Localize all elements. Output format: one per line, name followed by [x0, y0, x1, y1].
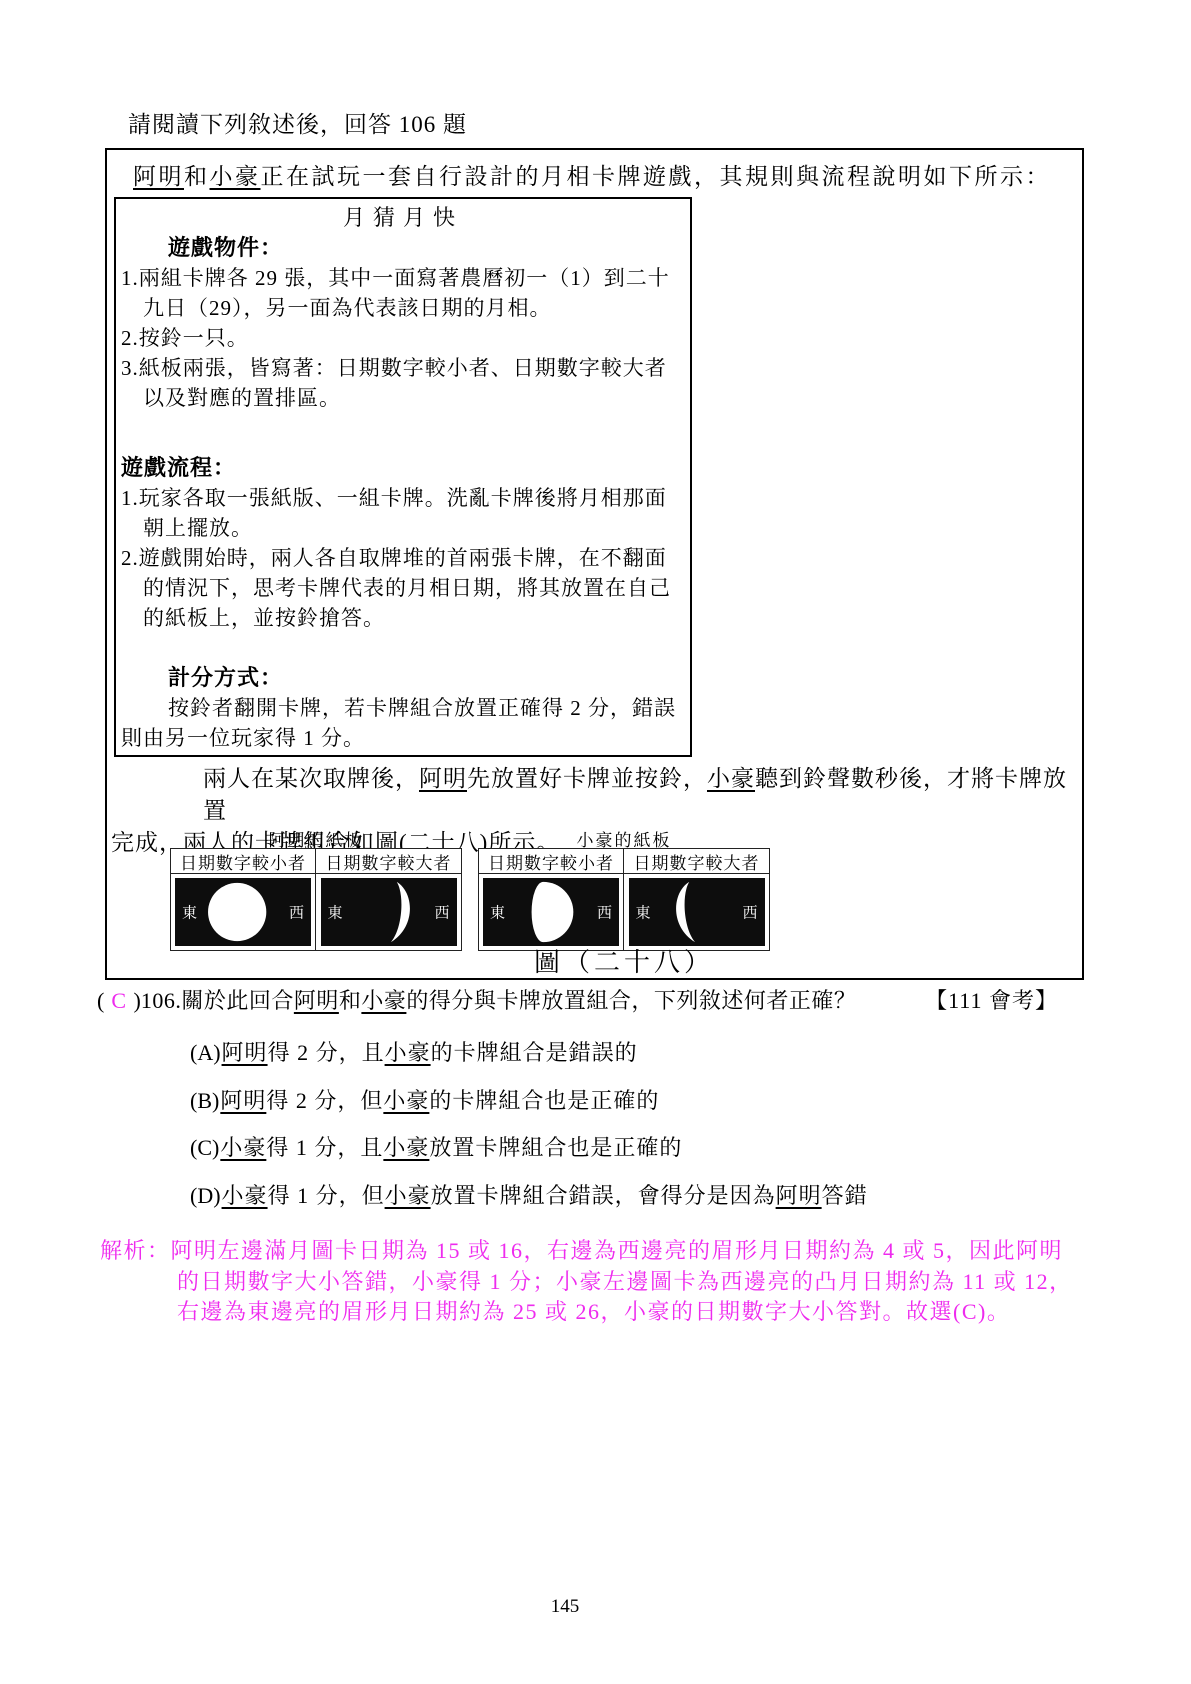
board-label: 小豪的紙板	[478, 826, 770, 848]
west-label: 西	[597, 902, 612, 923]
underlined-name: 小豪	[385, 1040, 431, 1065]
moon-card: 東西	[483, 878, 619, 946]
rules-text-line: 以及對應的置排區。	[116, 383, 690, 413]
card-body-cell: 東西	[624, 874, 769, 950]
text-segment: 兩人在某次取牌後，	[203, 766, 419, 791]
rules-text-line: 的情況下，思考卡牌代表的月相日期，將其放置在自己	[116, 573, 690, 603]
east-label: 東	[182, 902, 197, 923]
card-body-cell: 東西	[171, 874, 316, 950]
west-label: 西	[742, 902, 757, 923]
underlined-name: 小豪	[707, 766, 755, 791]
underlined-name: 阿明	[133, 164, 184, 189]
text-segment: 放置卡牌組合也是正確的	[429, 1135, 682, 1160]
rules-heading-line: 遊戲物件：	[116, 233, 690, 263]
underlined-name: 阿明	[294, 988, 339, 1013]
underlined-name: 小豪	[383, 1088, 429, 1113]
rules-text-line	[116, 633, 690, 663]
option-row: (A)阿明得 2 分，且小豪的卡牌組合是錯誤的	[190, 1036, 1090, 1084]
text-segment: 先放置好卡牌並按鈴，	[467, 766, 707, 791]
underlined-name: 小豪	[222, 1183, 268, 1208]
option-label: (D)	[190, 1183, 221, 1208]
rules-text-line: 3.紙板兩張，皆寫著：日期數字較小者、日期數字較大者	[116, 353, 690, 383]
intro-paragraph: 阿明和小豪正在試玩一套自行設計的月相卡牌遊戲，其規則與流程說明如下所示：	[111, 162, 1072, 192]
text-segment: 得 2 分，且	[268, 1040, 385, 1065]
card-header-cell: 日期數字較小者	[171, 849, 316, 874]
rules-text-line: 2.按鈴一只。	[116, 323, 690, 353]
underlined-name: 小豪	[383, 1135, 429, 1160]
text-segment: 得 1 分，且	[266, 1135, 383, 1160]
board-table: 日期數字較小者日期數字較大者東西東西	[170, 848, 462, 951]
east-label: 東	[328, 902, 343, 923]
underlined-name: 小豪	[385, 1183, 431, 1208]
figure-caption: 圖（二十八）	[478, 942, 770, 979]
instruction-text: 請閱讀下列敘述後，回答 106 題	[128, 106, 467, 139]
text-segment: 和	[184, 164, 210, 189]
rules-heading-line: 計分方式：	[116, 663, 690, 693]
rules-text-line: 按鈴者翻開卡牌，若卡牌組合放置正確得 2 分，錯誤	[116, 693, 690, 723]
rules-text-line: 則由另一位玩家得 1 分。	[116, 723, 690, 753]
text-segment: 的卡牌組合也是正確的	[429, 1088, 659, 1113]
rules-title: 月猜月快	[116, 203, 690, 233]
option-row: (B)阿明得 2 分，但小豪的卡牌組合也是正確的	[190, 1084, 1090, 1132]
moon-card: 東西	[629, 878, 765, 946]
underlined-name: 阿明	[220, 1088, 266, 1113]
exam-page: 請閱讀下列敘述後，回答 106 題 阿明和小豪正在試玩一套自行設計的月相卡牌遊戲…	[0, 0, 1191, 1684]
options-list: (A)阿明得 2 分，且小豪的卡牌組合是錯誤的(B)阿明得 2 分，但小豪的卡牌…	[190, 1036, 1090, 1226]
page-number: 145	[0, 1596, 1130, 1618]
board-label: 阿明的紙板	[170, 826, 462, 848]
rules-text-line	[116, 413, 690, 453]
text-segment: 關於此回合	[181, 988, 294, 1013]
moon-card: 東西	[175, 878, 311, 946]
underlined-name: 阿明	[776, 1183, 822, 1208]
option-label: (A)	[190, 1040, 221, 1065]
text-segment: 得 1 分，但	[268, 1183, 385, 1208]
east-label: 東	[490, 902, 505, 923]
underlined-name: 小豪	[361, 988, 406, 1013]
rules-text-line: 1.兩組卡牌各 29 張，其中一面寫著農曆初一（1）到二十	[116, 263, 690, 293]
rules-box: 月猜月快 遊戲物件：1.兩組卡牌各 29 張，其中一面寫著農曆初一（1）到二十九…	[114, 197, 692, 757]
moon-board: 阿明的紙板日期數字較小者日期數字較大者東西東西	[170, 826, 462, 951]
explanation-first-line: 解析：阿明左邊滿月圖卡日期為 15 或 16，右邊為西邊亮的眉形月日期約為 4 …	[100, 1236, 1100, 1267]
question-line: (C)106.關於此回合阿明和小豪的得分與卡牌放置組合，下列敘述何者正確？ 【1…	[97, 984, 1091, 1015]
question-number: 106.	[141, 988, 182, 1013]
after-paragraph-line: 兩人在某次取牌後，阿明先放置好卡牌並按鈴，小豪聽到鈴聲數秒後，才將卡牌放置	[111, 763, 1077, 827]
answer-letter: C	[104, 988, 133, 1013]
card-body-cell: 東西	[316, 874, 461, 950]
rules-heading-line: 遊戲流程：	[116, 453, 690, 483]
passage-box: 阿明和小豪正在試玩一套自行設計的月相卡牌遊戲，其規則與流程說明如下所示： 月猜月…	[105, 148, 1084, 980]
moon-board: 小豪的紙板日期數字較小者日期數字較大者東西東西	[478, 826, 770, 951]
card-header-cell: 日期數字較大者	[316, 849, 461, 874]
text-segment: 正在試玩一套自行設計的月相卡牌遊戲，其規則與流程說明如下所示：	[261, 164, 1052, 189]
option-row: (D)小豪得 1 分，但小豪放置卡牌組合錯誤，會得分是因為阿明答錯	[190, 1179, 1090, 1227]
rules-lines: 遊戲物件：1.兩組卡牌各 29 張，其中一面寫著農曆初一（1）到二十九日（29）…	[116, 233, 690, 753]
option-label: (C)	[190, 1135, 219, 1160]
card-header-cell: 日期數字較小者	[479, 849, 624, 874]
option-row: (C)小豪得 1 分，且小豪放置卡牌組合也是正確的	[190, 1131, 1090, 1179]
moon-card: 東西	[321, 878, 457, 946]
text-segment: 答錯	[822, 1183, 868, 1208]
text-segment: 放置卡牌組合錯誤，會得分是因為	[431, 1183, 776, 1208]
explanation-label: 解析：	[100, 1238, 171, 1263]
underlined-name: 小豪	[210, 164, 261, 189]
answer-paren-close: )	[134, 988, 141, 1013]
underlined-name: 阿明	[419, 766, 467, 791]
west-label: 西	[289, 902, 304, 923]
rules-text-line: 2.遊戲開始時，兩人各自取牌堆的首兩張卡牌，在不翻面	[116, 543, 690, 573]
text-segment: 和	[339, 988, 362, 1013]
question-stem: 關於此回合阿明和小豪的得分與卡牌放置組合，下列敘述何者正確？	[181, 988, 856, 1013]
rules-text-line: 朝上擺放。	[116, 513, 690, 543]
exam-source-tag: 【111 會考】	[925, 984, 1058, 1015]
option-label: (B)	[190, 1088, 219, 1113]
board-table: 日期數字較小者日期數字較大者東西東西	[478, 848, 770, 951]
underlined-name: 小豪	[220, 1135, 266, 1160]
rules-text-line: 九日（29），另一面為代表該日期的月相。	[116, 293, 690, 323]
explanation-line: 右邊為東邊亮的眉形月日期約為 25 或 26，小豪的日期數字大小答對。故選(C)…	[100, 1297, 1100, 1328]
west-label: 西	[434, 902, 449, 923]
card-body-cell: 東西	[479, 874, 624, 950]
card-header-cell: 日期數字較大者	[624, 849, 769, 874]
rules-text-line: 1.玩家各取一張紙版、一組卡牌。洗亂卡牌後將月相那面	[116, 483, 690, 513]
text-segment: 的得分與卡牌放置組合，下列敘述何者正確？	[406, 988, 856, 1013]
rules-text-line: 的紙板上，並按鈴搶答。	[116, 603, 690, 633]
text-segment: 的卡牌組合是錯誤的	[431, 1040, 638, 1065]
explanation-line: 的日期數字大小答錯，小豪得 1 分；小豪左邊圖卡為西邊亮的凸月日期約為 11 或…	[100, 1267, 1100, 1298]
explanation-line: 阿明左邊滿月圖卡日期為 15 或 16，右邊為西邊亮的眉形月日期約為 4 或 5…	[171, 1238, 1064, 1263]
east-label: 東	[636, 902, 651, 923]
text-segment: 得 2 分，但	[266, 1088, 383, 1113]
explanation-block: 解析：阿明左邊滿月圖卡日期為 15 或 16，右邊為西邊亮的眉形月日期約為 4 …	[100, 1236, 1100, 1328]
underlined-name: 阿明	[222, 1040, 268, 1065]
